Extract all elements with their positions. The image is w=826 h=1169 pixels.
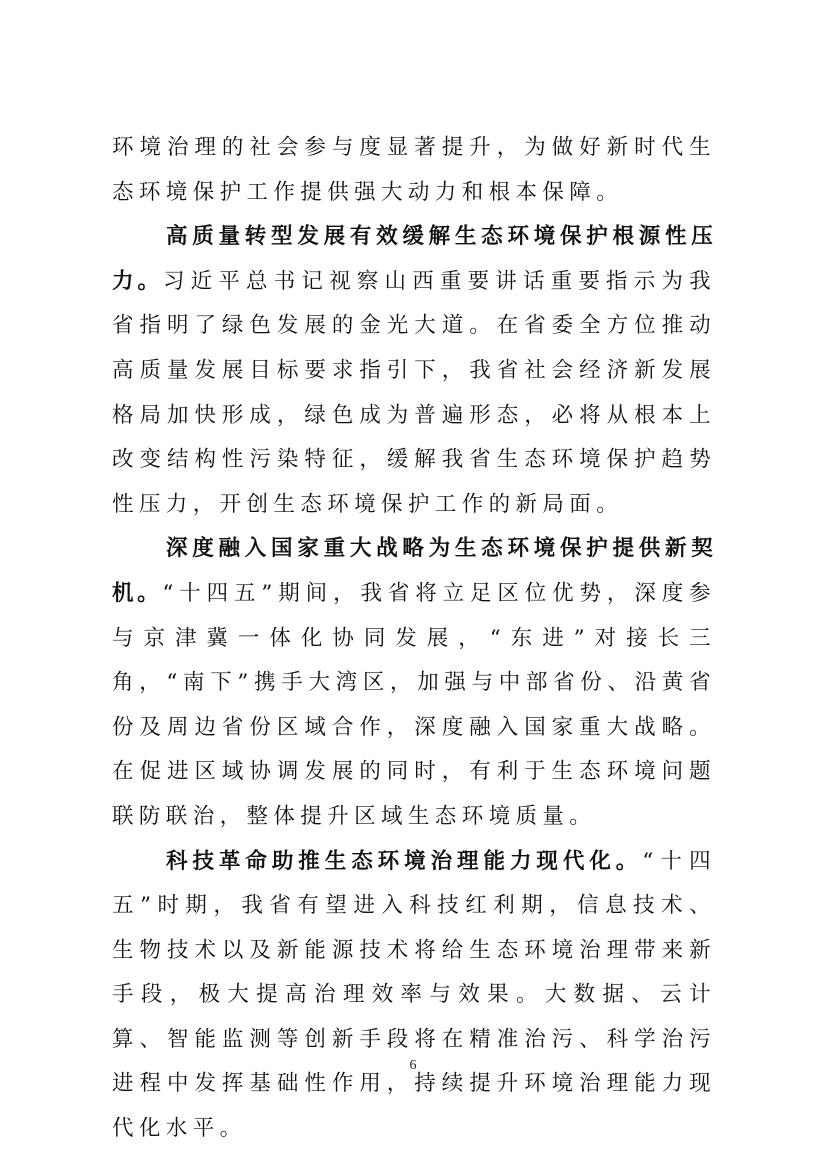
page-number: 6 — [0, 1058, 826, 1074]
paragraph-heading: 科技革命助推生态环境治理能力现代化。 — [166, 849, 642, 874]
paragraph-text: “十四五”期间，我省将立足区位优势，深度参与京津冀一体化协同发展，“东进”对接长… — [112, 581, 716, 829]
paragraph-national-strategy: 深度融入国家重大战略为生态环境保护提供新契机。“十四五”期间，我省将立足区位优势… — [112, 527, 716, 839]
paragraph-tech-revolution: 科技革命助推生态环境治理能力现代化。“十四五”时期，我省有望进入科技红利期，信息… — [112, 840, 716, 1152]
document-page: 环境治理的社会参与度显著提升，为做好新时代生态环境保护工作提供强大动力和根本保障… — [112, 126, 716, 1152]
paragraph-text: “十四五”时期，我省有望进入科技红利期，信息技术、生物技术以及新能源技术将给生态… — [112, 849, 716, 1142]
paragraph-text: 环境治理的社会参与度显著提升，为做好新时代生态环境保护工作提供强大动力和根本保障… — [112, 135, 716, 205]
paragraph-high-quality-transformation: 高质量转型发展有效缓解生态环境保护根源性压力。习近平总书记视察山西重要讲话重要指… — [112, 215, 716, 527]
paragraph-text: 习近平总书记视察山西重要讲话重要指示为我省指明了绿色发展的金光大道。在省委全方位… — [112, 269, 716, 517]
paragraph-continuation: 环境治理的社会参与度显著提升，为做好新时代生态环境保护工作提供强大动力和根本保障… — [112, 126, 716, 215]
